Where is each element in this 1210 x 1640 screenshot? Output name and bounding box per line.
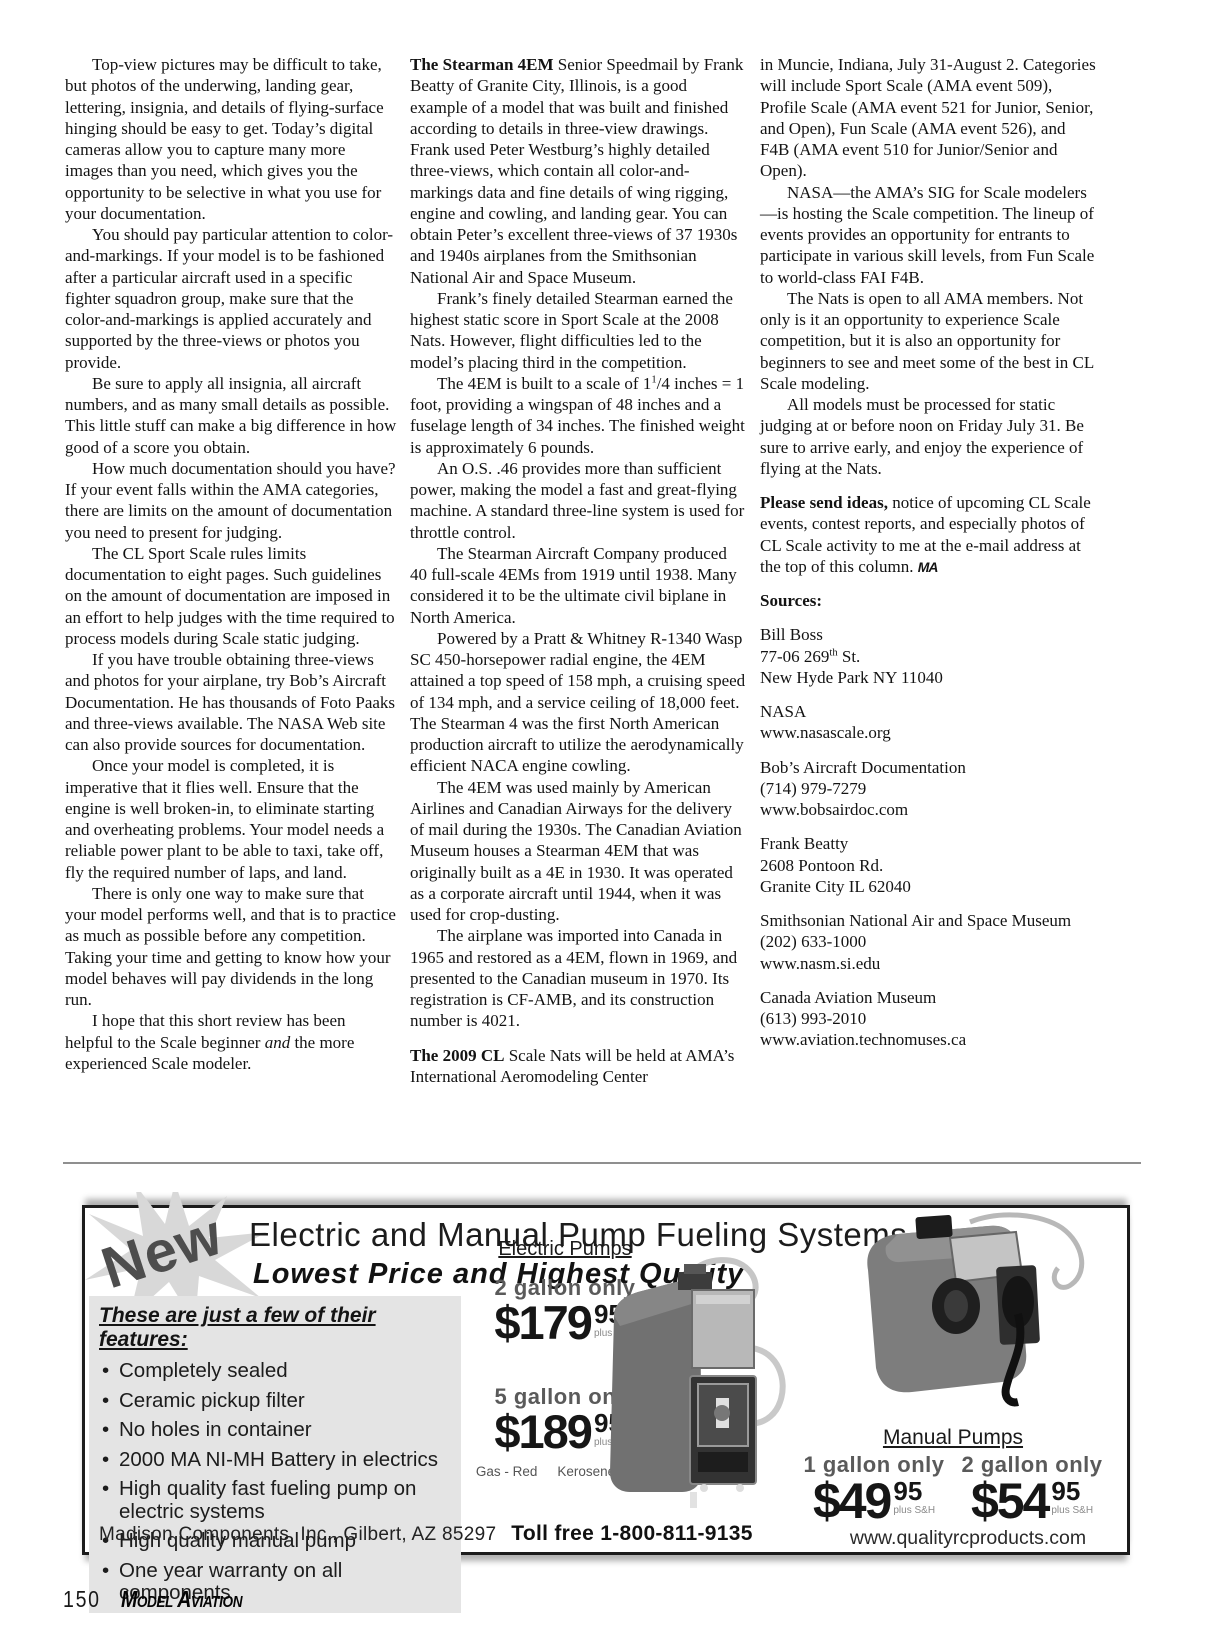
text-segment: Be sure to apply all insignia, all aircr… (65, 374, 396, 457)
text-segment: (202) 633-1000 (760, 932, 866, 951)
price-note: plus S&H (1051, 1506, 1093, 1516)
price-dollars: $49 (813, 1478, 890, 1526)
paragraph: Be sure to apply all insignia, all aircr… (65, 373, 397, 458)
text-segment: www.nasascale.org (760, 723, 891, 742)
paragraph: The 2009 CL Scale Nats will be held at A… (410, 1045, 746, 1088)
paragraph: Smithsonian National Air and Space Museu… (760, 910, 1096, 974)
text-segment: New Hyde Park NY 11040 (760, 668, 943, 687)
paragraph: The 4EM was used mainly by American Airl… (410, 777, 746, 926)
toll-free-number: Toll free 1-800-811-9135 (437, 1522, 827, 1546)
price-cents: 95 (893, 1478, 922, 1504)
text-segment: If you have trouble obtaining three-view… (65, 650, 395, 754)
page-footer: 150 Model Aviation (63, 1586, 264, 1613)
paragraph: The 4EM is built to a scale of 11/4 inch… (410, 373, 746, 458)
price-cents: 95 (1051, 1478, 1080, 1504)
paragraph: Canada Aviation Museum(613) 993-2010www.… (760, 987, 1096, 1051)
text-segment: The CL Sport Scale rules limits document… (65, 544, 395, 648)
price-dollars: $189 (494, 1410, 591, 1455)
paragraph: You should pay particular attention to c… (65, 224, 397, 373)
text-segment: Frank’s finely detailed Stearman earned … (410, 289, 733, 372)
text-segment: The Nats is open to all AMA members. Not… (760, 289, 1094, 393)
text-segment: (714) 979-7279 (760, 779, 866, 798)
price-dollars: $179 (494, 1301, 591, 1346)
page-number: 150 (63, 1586, 101, 1613)
paragraph: Frank’s finely detailed Stearman earned … (410, 288, 746, 373)
paragraph: I hope that this short review has been h… (65, 1010, 397, 1074)
text-segment: The airplane was imported into Canada in… (410, 926, 737, 1030)
text-segment: The 4EM is built to a scale of 1 (437, 374, 651, 393)
paragraph: There is only one way to make sure that … (65, 883, 397, 1011)
manual-pump-photo (820, 1210, 1090, 1422)
text-segment: You should pay particular attention to c… (65, 225, 393, 372)
text-segment: Top-view pictures may be difficult to ta… (65, 55, 384, 223)
features-title: These are just a few of their features: (99, 1304, 453, 1352)
text-segment: Smithsonian National Air and Space Museu… (760, 911, 1071, 930)
feature-item: 2000 MA NI-MH Battery in electrics (99, 1449, 453, 1472)
paragraph: Top-view pictures may be difficult to ta… (65, 54, 397, 224)
text-segment: (613) 993-2010 (760, 1009, 866, 1028)
text-segment: Once your model is completed, it is impe… (65, 756, 384, 881)
text-segment: There is only one way to make sure that … (65, 884, 396, 1009)
gas-color-note: Gas - Red (476, 1464, 538, 1479)
paragraph: NASA—the AMA’s SIG for Scale modelers—is… (760, 182, 1096, 288)
paragraph: The CL Sport Scale rules limits document… (65, 543, 397, 649)
text-segment: Canada Aviation Museum (760, 988, 936, 1007)
feature-item: No holes in container (99, 1419, 453, 1442)
text-segment: All models must be processed for static … (760, 395, 1084, 478)
text-segment: Please send ideas, (760, 493, 888, 512)
magazine-page: Top-view pictures may be difficult to ta… (0, 0, 1210, 1640)
paragraph: An O.S. .46 provides more than sufficien… (410, 458, 746, 543)
magazine-logo: Model Aviation (121, 1586, 242, 1613)
text-segment: 77-06 269 (760, 647, 829, 666)
section-divider (63, 1162, 1141, 1164)
text-segment: Frank Beatty (760, 834, 848, 853)
end-of-article-mark: MA (918, 559, 938, 575)
manual-pumps-section: Manual Pumps 1 gallon only $49 95 plus S… (795, 1426, 1111, 1526)
paragraph: NASAwww.nasascale.org (760, 701, 1096, 744)
paragraph: Once your model is completed, it is impe… (65, 755, 397, 883)
text-segment: The Stearman 4EM (410, 55, 554, 74)
text-segment: Powered by a Pratt & Whitney R-1340 Wasp… (410, 629, 745, 776)
text-segment: and (265, 1033, 291, 1052)
text-segment: Bill Boss (760, 625, 823, 644)
text-segment: How much documentation should you have? … (65, 459, 396, 542)
paragraph: Please send ideas, notice of upcoming CL… (760, 492, 1096, 577)
paragraph: Powered by a Pratt & Whitney R-1340 Wasp… (410, 628, 746, 777)
text-segment: NASA (760, 702, 806, 721)
text-segment: Sources: (760, 591, 822, 610)
text-segment: www.bobsairdoc.com (760, 800, 908, 819)
text-segment: Senior Speedmail by Frank Beatty of Gran… (410, 55, 743, 287)
text-segment: www.aviation.technomuses.ca (760, 1030, 966, 1049)
paragraph: The airplane was imported into Canada in… (410, 925, 746, 1031)
paragraph: How much documentation should you have? … (65, 458, 397, 543)
text-segment: www.nasm.si.edu (760, 954, 880, 973)
text-segment: The Stearman Aircraft Company produced 4… (410, 544, 737, 627)
electric-pump-photo (590, 1252, 800, 1510)
manual-price-1: 1 gallon only $49 95 plus S&H (795, 1452, 953, 1526)
paragraph: The Nats is open to all AMA members. Not… (760, 288, 1096, 394)
paragraph: in Muncie, Indiana, July 31-August 2. Ca… (760, 54, 1096, 182)
text-segment: 2608 Pontoon Rd. (760, 856, 883, 875)
paragraph: Frank Beatty2608 Pontoon Rd.Granite City… (760, 833, 1096, 897)
article-column-1: Top-view pictures may be difficult to ta… (65, 54, 397, 1074)
manual-pumps-title: Manual Pumps (883, 1426, 1023, 1450)
text-segment: An O.S. .46 provides more than sufficien… (410, 459, 744, 542)
text-segment: The 4EM was used mainly by American Airl… (410, 778, 742, 925)
text-segment: St. (838, 647, 861, 666)
feature-item: Ceramic pickup filter (99, 1390, 453, 1413)
text-segment: Granite City IL 62040 (760, 877, 911, 896)
feature-item: Completely sealed (99, 1360, 453, 1383)
text-segment: in Muncie, Indiana, July 31-August 2. Ca… (760, 55, 1096, 180)
advertisement: New Electric and Manual Pump Fueling Sys… (82, 1205, 1130, 1555)
paragraph: All models must be processed for static … (760, 394, 1096, 479)
text-segment: NASA—the AMA’s SIG for Scale modelers—is… (760, 183, 1094, 287)
text-segment: Bob’s Aircraft Documentation (760, 758, 966, 777)
price-note: plus S&H (893, 1506, 935, 1516)
paragraph: The Stearman 4EM Senior Speedmail by Fra… (410, 54, 746, 288)
feature-item: High quality fast fueling pump on electr… (99, 1478, 453, 1523)
paragraph: Bob’s Aircraft Documentation(714) 979-72… (760, 757, 1096, 821)
article-column-2: The Stearman 4EM Senior Speedmail by Fra… (410, 54, 746, 1087)
article-column-3: in Muncie, Indiana, July 31-August 2. Ca… (760, 54, 1096, 1051)
price-dollars: $54 (971, 1478, 1048, 1526)
manual-price-2: 2 gallon only $54 95 plus S&H (953, 1452, 1111, 1526)
text-segment: th (829, 647, 837, 658)
text-segment: The 2009 CL (410, 1046, 504, 1065)
manual-prices-row: 1 gallon only $49 95 plus S&H 2 gallon o… (795, 1452, 1111, 1526)
paragraph: Bill Boss77-06 269th St.New Hyde Park NY… (760, 624, 1096, 688)
features-list: Completely sealedCeramic pickup filterNo… (99, 1360, 453, 1605)
paragraph: The Stearman Aircraft Company produced 4… (410, 543, 746, 628)
features-panel: These are just a few of their features: … (89, 1296, 461, 1613)
advertiser-website: www.qualityrcproducts.com (827, 1527, 1109, 1550)
paragraph: If you have trouble obtaining three-view… (65, 649, 397, 755)
paragraph: Sources: (760, 590, 1096, 611)
